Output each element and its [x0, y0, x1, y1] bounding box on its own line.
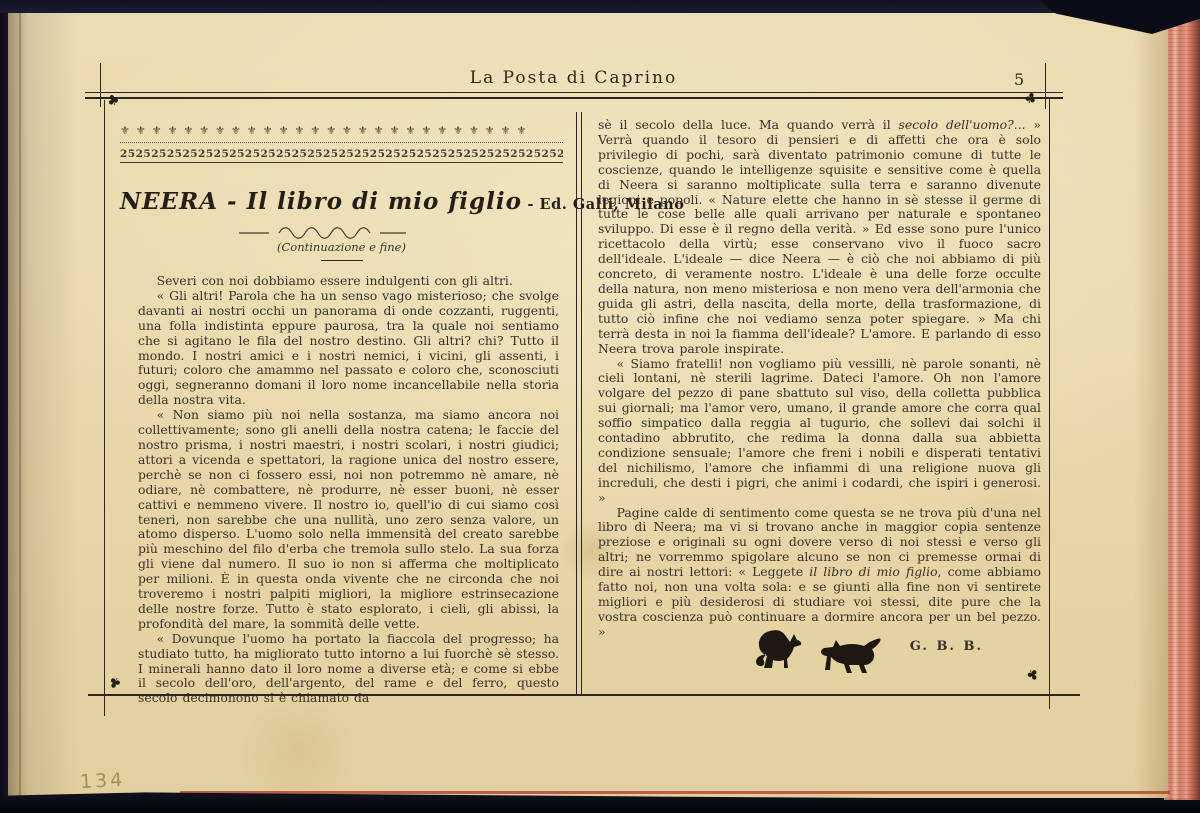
frame-tick-right: [1045, 63, 1046, 109]
masthead-rule-thin: [85, 92, 1063, 93]
paragraph: « Dovunque l'uomo ha portato la fiaccola…: [138, 632, 559, 707]
paragraph: « Siamo fratelli! non vogliamo più vessi…: [598, 357, 1041, 506]
right-column: sè il secolo della luce. Ma quando verrà…: [598, 118, 1041, 655]
clover-ornament-icon: ♣: [104, 91, 122, 111]
page-crease: [19, 10, 21, 798]
book-cover-top: [0, 0, 1200, 13]
fore-edge-red-line: [180, 791, 1170, 794]
fleur-de-lis-band-icon: ⚜⚜⚜⚜⚜⚜⚜⚜⚜⚜⚜⚜⚜⚜⚜⚜⚜⚜⚜⚜⚜⚜⚜⚜⚜⚜: [120, 122, 563, 143]
scanned-book-spread: La Posta di Caprino 5 ♣ ♣ ♣ ♣ ⚜⚜⚜⚜⚜⚜⚜⚜⚜⚜…: [0, 0, 1200, 813]
ornament-band: ⚜⚜⚜⚜⚜⚜⚜⚜⚜⚜⚜⚜⚜⚜⚜⚜⚜⚜⚜⚜⚜⚜⚜⚜⚜⚜ 2525252525252…: [120, 122, 563, 163]
frame-right-rule: [1049, 97, 1050, 709]
continuation-note: (Continuazione e fine): [120, 240, 563, 254]
frame-left-rule: [104, 100, 105, 716]
clover-ornament-icon: ♣: [106, 672, 124, 692]
paragraph: « Gli altri! Parola che ha un senso vago…: [138, 289, 559, 408]
italic-book-title: il libro di mio figlio: [809, 564, 937, 579]
left-column: Severi con noi dobbiamo essere indulgent…: [138, 274, 559, 706]
paragraph: Severi con noi dobbiamo essere indulgent…: [138, 274, 559, 289]
frame-tick-left: [100, 63, 101, 107]
masthead-title: La Posta di Caprino: [85, 68, 1062, 88]
book-page: La Posta di Caprino 5 ♣ ♣ ♣ ♣ ⚜⚜⚜⚜⚜⚜⚜⚜⚜⚜…: [8, 10, 1168, 798]
continuation-rule: [321, 260, 363, 261]
cat-dog-vignette: [750, 626, 890, 674]
masthead-rule-thick: [85, 97, 1063, 99]
cat-silhouette-icon: [756, 630, 801, 668]
pencil-page-number: 134: [79, 769, 125, 793]
book-fore-edge-pages: [1164, 6, 1200, 813]
clover-ornament-icon: ♣: [1023, 664, 1042, 684]
page-number: 5: [1014, 70, 1024, 89]
paragraph: Pagine calde di sentimento come questa s…: [598, 506, 1041, 640]
paragraph: sè il secolo della luce. Ma quando verrà…: [598, 118, 1041, 357]
greek-key-band-icon: 2525252525252525252525252525252525252525…: [120, 147, 563, 163]
article-heading: NEERA - Il libro di mio figlio - Ed. Gal…: [120, 188, 563, 215]
italic-phrase: secolo dell'uomo?...: [899, 117, 1026, 132]
article-title: NEERA - Il libro di mio figlio: [120, 188, 522, 215]
dog-silhouette-icon: [821, 639, 881, 674]
paragraph: « Non siamo più noi nella sostanza, ma s…: [138, 408, 559, 632]
